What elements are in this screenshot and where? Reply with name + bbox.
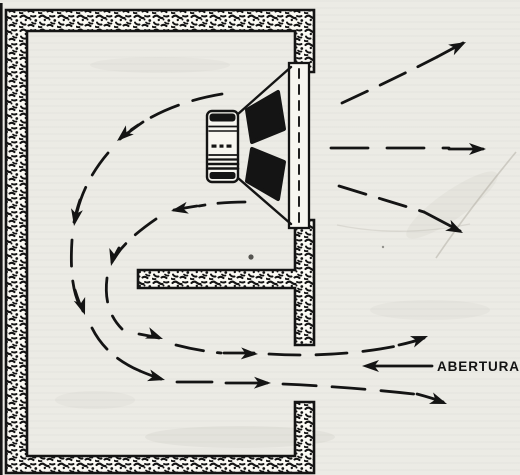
ink-dot-artifact [248,254,253,259]
arrowhead-icon [448,37,469,56]
page-edge-line [0,3,3,475]
speaker-enclosure-diagram: ABERTURA [0,0,520,475]
ink-speck-artifact [382,246,384,248]
arrowhead-icon [113,125,134,145]
abertura-label: ABERTURA [437,359,520,374]
arrowhead-icon [147,370,167,386]
speaker-magnet [207,111,238,182]
internal-shelf-and-mid-wall [138,220,314,345]
scanned-diagram-page: ABERTURA [0,0,520,475]
magnet-bottom-cap [210,172,236,179]
magnet-top-cap [210,114,236,122]
arrowhead-icon [410,330,430,347]
abertura-callout: ABERTURA [362,359,520,374]
enclosure-wall-outline [6,10,314,473]
paper-smudge-artifacts [55,57,516,448]
arrowhead-icon [429,393,449,410]
arrowhead-icon [170,202,189,217]
